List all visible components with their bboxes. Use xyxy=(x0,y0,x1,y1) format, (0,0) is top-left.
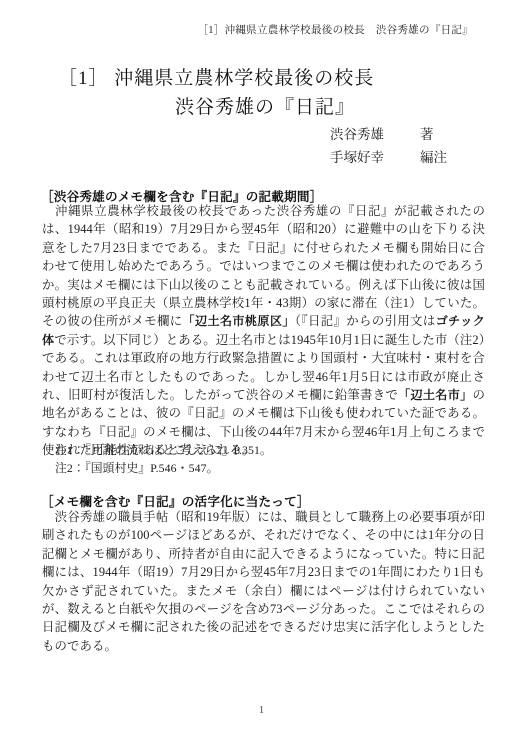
page-title-line1: ［1］ 沖縄県立農林学校最後の校長 xyxy=(58,64,374,93)
author-block: 渋谷秀雄著 手塚好幸編注 xyxy=(330,123,447,169)
body-text: （『日記』からの引用文は xyxy=(295,314,436,328)
author-name: 渋谷秀雄 xyxy=(330,123,384,146)
author-role: 著 xyxy=(420,123,434,146)
author-line: 渋谷秀雄著 xyxy=(330,123,447,146)
page-number: 1 xyxy=(0,705,523,716)
editor-role: 編注 xyxy=(420,146,447,169)
footnotes: 注1：『比謝の流れはとこしえに』P.351。 注2：『国頭村史』P.546・54… xyxy=(55,441,272,478)
document-page: ［1］沖縄県立農林学校最後の校長 渋谷秀雄の『日記』 ［1］ 沖縄県立農林学校最… xyxy=(0,0,523,740)
body-paragraph-recording-period: 沖縄県立農林学校最後の校長であった渋谷秀雄の『日記』が記載されたのは、1944年… xyxy=(42,202,485,460)
page-title: ［1］ 沖縄県立農林学校最後の校長 渋谷秀雄の『日記』 xyxy=(58,64,374,122)
body-text: 沖縄県立農林学校最後の校長であった渋谷秀雄の『日記』が記載されたのは、1944年… xyxy=(42,204,485,328)
author-line: 手塚好幸編注 xyxy=(330,146,447,169)
note-line-2: 注2：『国頭村史』P.546・547。 xyxy=(55,459,272,477)
running-header: ［1］沖縄県立農林学校最後の校長 渋谷秀雄の『日記』 xyxy=(197,22,473,37)
page-title-line2: 渋谷秀雄の『日記』 xyxy=(58,93,374,122)
note-line-1: 注1：『比謝の流れはとこしえに』P.351。 xyxy=(55,441,272,459)
quoted-gothic-text: 「辺土名市桃原区」 xyxy=(183,314,295,328)
body-paragraph-transcription: 渋谷秀雄の職員手帖（昭和19年版）には、職員として職務上の必要事項が印刷されたも… xyxy=(42,508,485,655)
quoted-gothic-text: 「辺土名市」 xyxy=(398,388,472,402)
editor-name: 手塚好幸 xyxy=(330,146,384,169)
body-text: 渋谷秀雄の職員手帖（昭和19年版）には、職員として職務上の必要事項が印刷されたも… xyxy=(42,510,485,653)
